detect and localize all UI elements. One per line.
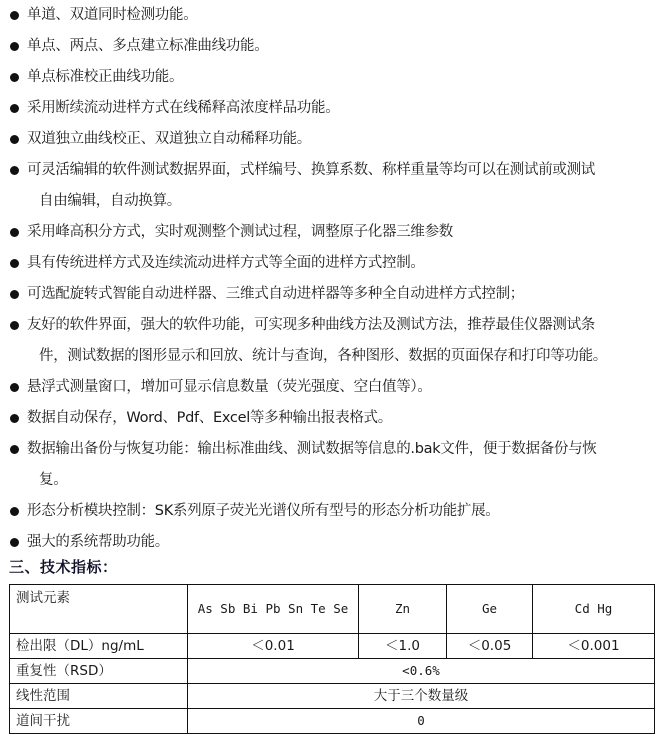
feature-text: 单道、双道同时检测功能。 <box>27 7 197 23</box>
feature-item: 形态分析模块控制：SK系列原子荧光光谱仪所有型号的形态分析功能扩展。 <box>0 496 668 527</box>
header-group: Cd Hg <box>533 585 655 634</box>
table-row: 线性范围 大于三个数量级 <box>10 684 655 709</box>
row-label: 重复性（RSD） <box>10 659 188 684</box>
feature-text: 可选配旋转式智能自动进样器、三维式自动进样器等多种全自动进样方式控制； <box>27 286 524 302</box>
header-group: Ge <box>447 585 533 634</box>
cell-value: ＜0.01 <box>188 634 359 659</box>
feature-text: 悬浮式测量窗口，增加可显示信息数量（荧光强度、空白值等）。 <box>27 379 432 395</box>
row-label: 线性范围 <box>10 684 188 709</box>
feature-item: 友好的软件界面，强大的软件功能，可实现多种曲线方法及测试方法，推荐最佳仪器测试条… <box>0 310 668 372</box>
bullet-icon <box>10 42 19 51</box>
feature-text: 数据自动保存，Word、Pdf、Excel等多种输出报表格式。 <box>27 410 392 426</box>
bullet-icon <box>10 228 19 237</box>
feature-item: 单点标准校正曲线功能。 <box>0 62 668 93</box>
bullet-icon <box>10 507 19 516</box>
feature-text: 具有传统进样方式及连续流动进样方式等全面的进样方式控制。 <box>27 255 425 271</box>
cell-value: 0 <box>188 709 655 734</box>
section-heading: 三、技术指标： <box>9 556 118 577</box>
header-group: Zn <box>359 585 447 634</box>
cell-value: ＜0.05 <box>447 634 533 659</box>
spec-table: 测试元素 As Sb Bi Pb Sn Te Se Zn Ge Cd Hg 检出… <box>9 584 655 734</box>
cell-value: ＜1.0 <box>359 634 447 659</box>
row-label: 道间干扰 <box>10 709 188 734</box>
bullet-icon <box>10 445 19 454</box>
table-row: 检出限（DL）ng/mL ＜0.01 ＜1.0 ＜0.05 ＜0.001 <box>10 634 655 659</box>
feature-item: 悬浮式测量窗口，增加可显示信息数量（荧光强度、空白值等）。 <box>0 372 668 403</box>
cell-value: 大于三个数量级 <box>188 684 655 709</box>
table-row: 道间干扰 0 <box>10 709 655 734</box>
feature-item: 数据自动保存，Word、Pdf、Excel等多种输出报表格式。 <box>0 403 668 434</box>
feature-list: 单道、双道同时检测功能。 单点、两点、多点建立标准曲线功能。 单点标准校正曲线功… <box>0 0 668 558</box>
bullet-icon <box>10 321 19 330</box>
bullet-icon <box>10 538 19 547</box>
table-header-row: 测试元素 As Sb Bi Pb Sn Te Se Zn Ge Cd Hg <box>10 585 655 634</box>
cell-value: ＜0.001 <box>533 634 655 659</box>
feature-text-continuation: 件，测试数据的图形显示和回放、统计与查询，各种图形、数据的页面保存和打印等功能。 <box>27 341 668 372</box>
table-row: 重复性（RSD） <0.6% <box>10 659 655 684</box>
bullet-icon <box>10 104 19 113</box>
feature-text: 采用峰高积分方式，实时观测整个测试过程，调整原子化器三维参数 <box>27 224 453 240</box>
feature-item: 强大的系统帮助功能。 <box>0 527 668 558</box>
feature-text: 可灵活编辑的软件测试数据界面，式样编号、换算系数、称样重量等均可以在测试前或测试 <box>27 162 595 178</box>
bullet-icon <box>10 383 19 392</box>
feature-text: 友好的软件界面，强大的软件功能，可实现多种曲线方法及测试方法，推荐最佳仪器测试条 <box>27 317 595 333</box>
feature-text: 采用断续流动进样方式在线稀释高浓度样品功能。 <box>27 100 339 116</box>
bullet-icon <box>10 135 19 144</box>
feature-text: 数据输出备份与恢复功能：输出标准曲线、测试数据等信息的.bak文件，便于数据备份… <box>27 441 597 457</box>
row-label: 检出限（DL）ng/mL <box>10 634 188 659</box>
bullet-icon <box>10 259 19 268</box>
header-group: As Sb Bi Pb Sn Te Se <box>188 585 359 634</box>
feature-item: 双道独立曲线校正、双道独立自动稀释功能。 <box>0 124 668 155</box>
feature-text: 形态分析模块控制：SK系列原子荧光光谱仪所有型号的形态分析功能扩展。 <box>27 503 500 519</box>
feature-item: 可选配旋转式智能自动进样器、三维式自动进样器等多种全自动进样方式控制； <box>0 279 668 310</box>
feature-item: 单点、两点、多点建立标准曲线功能。 <box>0 31 668 62</box>
feature-text: 单点标准校正曲线功能。 <box>27 69 183 85</box>
bullet-icon <box>10 166 19 175</box>
bullet-icon <box>10 73 19 82</box>
feature-item: 数据输出备份与恢复功能：输出标准曲线、测试数据等信息的.bak文件，便于数据备份… <box>0 434 668 496</box>
feature-item: 具有传统进样方式及连续流动进样方式等全面的进样方式控制。 <box>0 248 668 279</box>
feature-item: 采用断续流动进样方式在线稀释高浓度样品功能。 <box>0 93 668 124</box>
feature-item: 采用峰高积分方式，实时观测整个测试过程，调整原子化器三维参数 <box>0 217 668 248</box>
header-label: 测试元素 <box>10 585 188 634</box>
bullet-icon <box>10 11 19 20</box>
feature-text: 单点、两点、多点建立标准曲线功能。 <box>27 38 268 54</box>
bullet-icon <box>10 290 19 299</box>
feature-text: 双道独立曲线校正、双道独立自动稀释功能。 <box>27 131 311 147</box>
feature-item: 可灵活编辑的软件测试数据界面，式样编号、换算系数、称样重量等均可以在测试前或测试… <box>0 155 668 217</box>
feature-text: 强大的系统帮助功能。 <box>27 534 169 550</box>
cell-value: <0.6% <box>188 659 655 684</box>
feature-text-continuation: 复。 <box>27 465 668 496</box>
feature-text-continuation: 自由编辑，自动换算。 <box>27 186 668 217</box>
bullet-icon <box>10 414 19 423</box>
feature-item: 单道、双道同时检测功能。 <box>0 0 668 31</box>
